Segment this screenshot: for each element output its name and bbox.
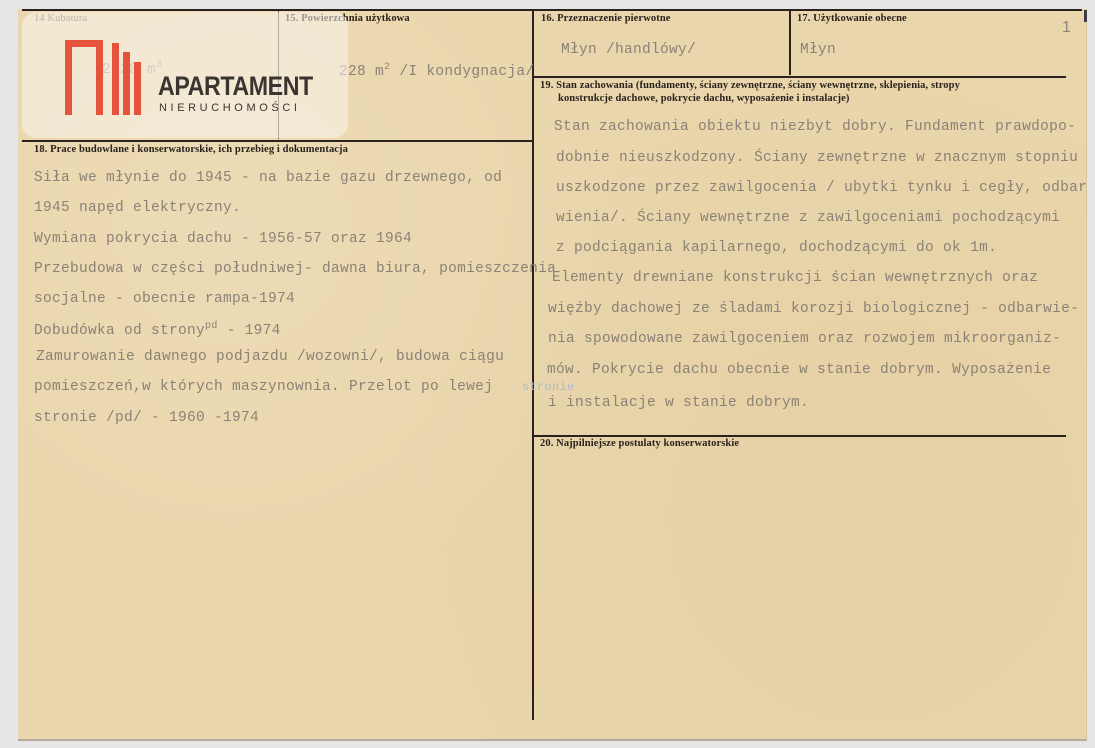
field-18-line-2: 1945 napęd elektryczny. (34, 200, 241, 216)
field-19-line-10: i instalacje w stanie dobrym. (548, 395, 809, 411)
field-16-label: 16. Przeznaczenie pierwotne (541, 13, 671, 24)
field-20-label: 20. Najpilniejsze postulaty konserwators… (540, 438, 739, 449)
field-19-line-1: Stan zachowania obiektu niezbyt dobry. F… (554, 119, 1076, 135)
field-19-line-2: dobnie nieuszkodzony. Ściany zewnętrzne … (556, 150, 1078, 166)
field-18-overtype: stronie (522, 380, 575, 394)
row-divider-20 (534, 435, 1066, 437)
field-19-label-2: konstrukcje dachowe, pokrycie dachu, wyp… (558, 93, 849, 104)
row-divider-18 (22, 140, 532, 142)
row-divider-19 (534, 76, 1066, 78)
field-18-label: 18. Prace budowlane i konserwatorskie, i… (34, 144, 348, 155)
field-19-line-9: mów. Pokrycie dachu obecnie w stanie dob… (547, 362, 1051, 378)
field-18-line-8: pomieszczeń,w których maszynownia. Przel… (34, 379, 493, 395)
field-19-label-1: 19. Stan zachowania (fundamenty, ściany … (540, 80, 960, 91)
field-19-line-5: z podciągania kapilarnego, dochodzącymi … (556, 240, 997, 256)
direction-sup: pd (205, 321, 218, 332)
extension-year: - 1974 (218, 323, 281, 339)
field-19-line-7: więźby dachowej ze śladami korozji biolo… (548, 301, 1079, 317)
field-18-line-6: Dobudówka od stronypd - 1974 (34, 321, 281, 339)
watermark-brand: APARTAMENT (158, 71, 313, 102)
field-19-line-3: uszkodzone przez zawilgocenia / ubytki t… (556, 180, 1087, 196)
field-18-line-1: Siła we młynie do 1945 - na bazie gazu d… (34, 170, 502, 186)
divider-16-17 (789, 11, 791, 75)
field-17-label: 17. Użytkowanie obecne (797, 13, 907, 24)
top-border (22, 9, 1082, 11)
field-18-line-3: Wymiana pokrycia dachu - 1956-57 oraz 19… (34, 231, 412, 247)
field-18-line-7: Zamurowanie dawnego podjazdu /wozowni/, … (36, 349, 504, 365)
field-17-value: Młyn (800, 42, 836, 58)
field-18-line-9: stronie /pd/ - 1960 -1974 (34, 410, 259, 426)
right-edge-shadow (1084, 10, 1087, 22)
field-19-line-8: nia spowodowane zawilgoceniem oraz rozwo… (548, 331, 1061, 347)
extension-text: Dobudówka od strony (34, 323, 205, 339)
center-divider (532, 11, 534, 720)
field-18-line-4: Przebudowa w części południwej- dawna bi… (34, 261, 556, 277)
watermark-tagline: NIERUCHOMOŚCI (159, 102, 301, 114)
page-number: 1 (1062, 19, 1071, 37)
field-19-line-4: wienia/. Ściany wewnętrzne z zawilgoceni… (556, 210, 1060, 226)
area-note: /I kondygnacja/ (390, 64, 534, 80)
field-15-value: 228 m2 /I kondygnacja/ (339, 62, 534, 80)
field-18-line-5: socjalne - obecnie rampa-1974 (34, 291, 295, 307)
field-19-line-6: Elementy drewniane konstrukcji ścian wew… (552, 270, 1038, 286)
field-16-value: Młyn /handlówy/ (561, 42, 696, 58)
